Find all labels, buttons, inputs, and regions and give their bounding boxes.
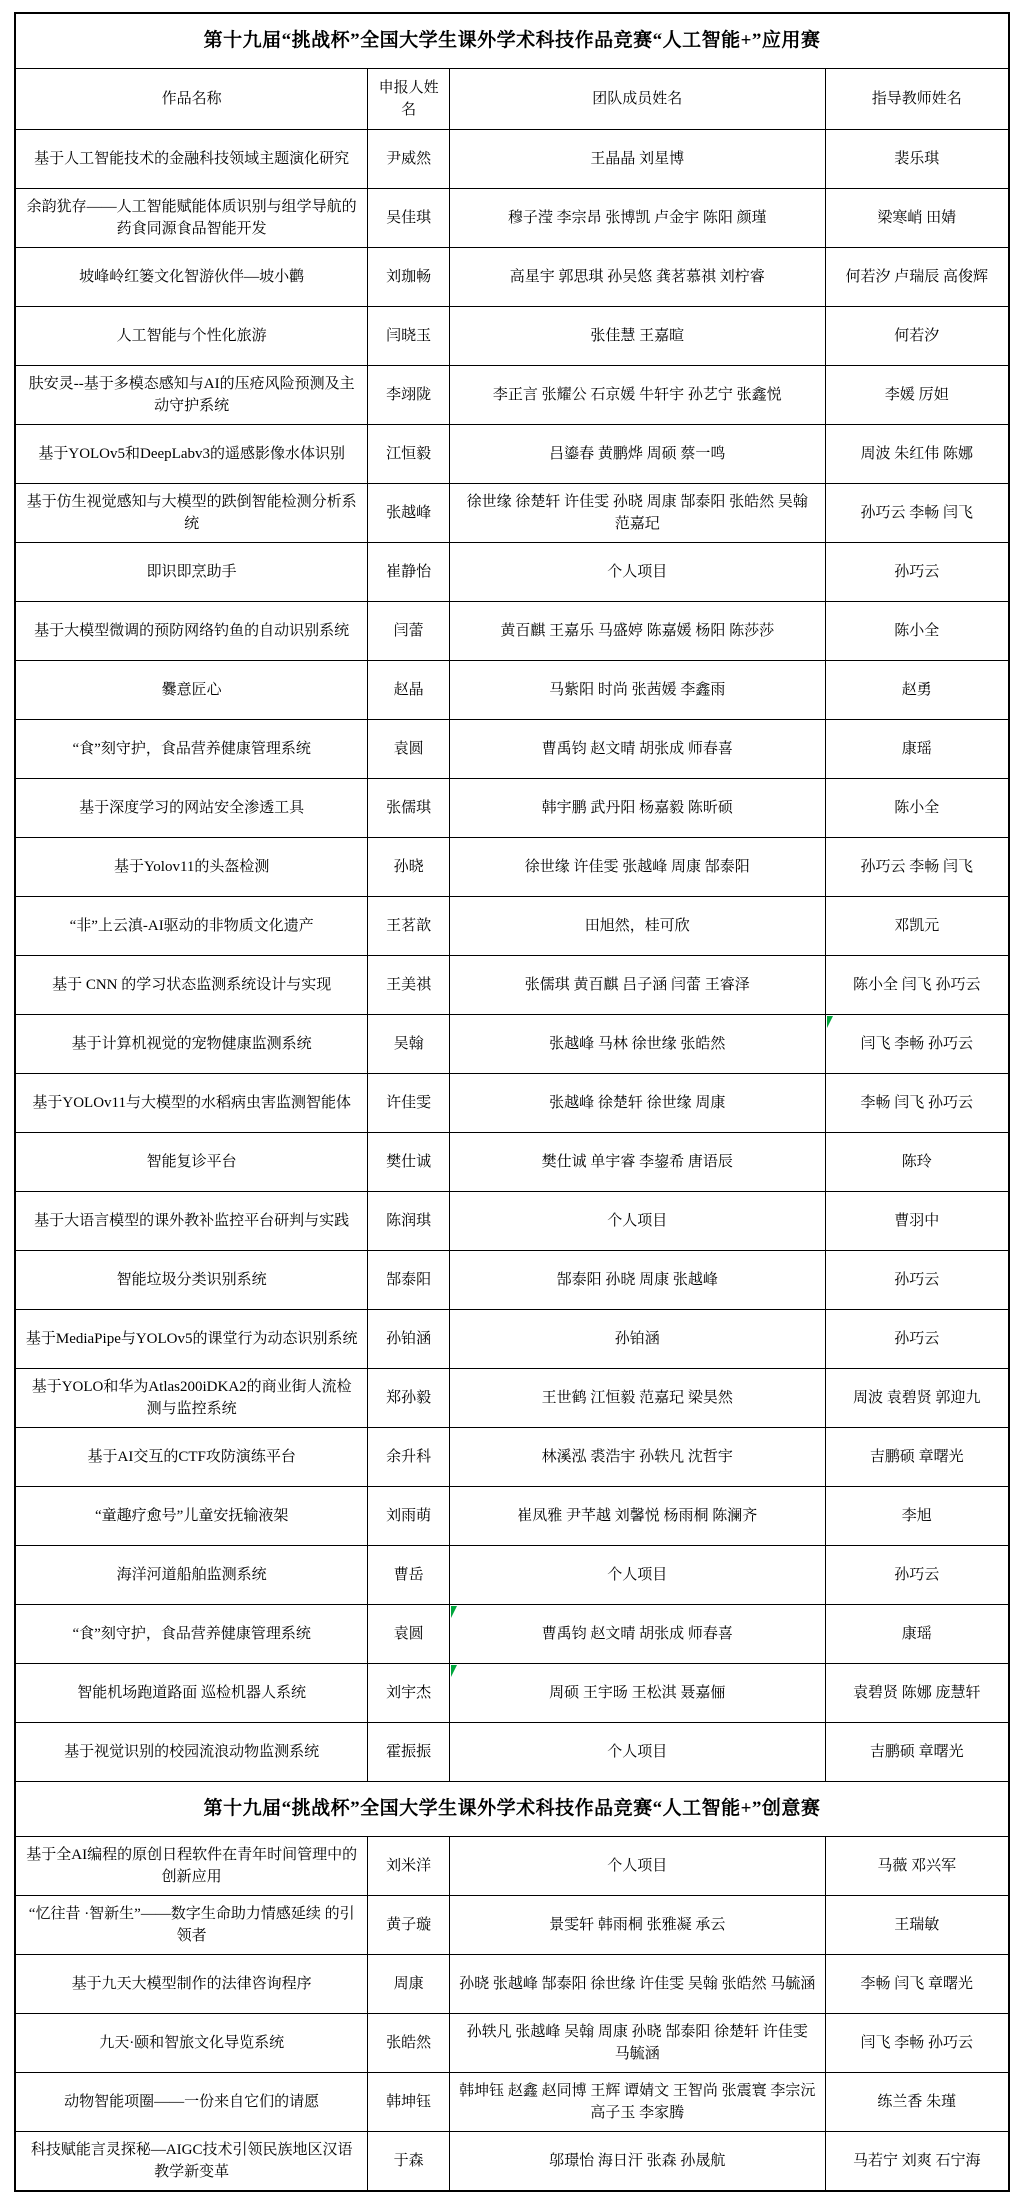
cell-team-members: 王世鹤 江恒毅 范嘉玘 梁昊然 xyxy=(449,1369,825,1428)
cell-team-members: 个人项目 xyxy=(449,1546,825,1605)
cell-work-name: 基于YOLOv5和DeepLabv3的遥感影像水体识别 xyxy=(15,425,368,484)
cell-advisor-names: 李畅 闫飞 章曙光 xyxy=(825,1955,1009,2014)
table-row: “食”刻守护，食品营养健康管理系统 袁圆 曹禹钧 赵文晴 胡张成 师春喜 康瑶 xyxy=(15,720,1009,779)
cell-work-name: 基于九天大模型制作的法律咨询程序 xyxy=(15,1955,368,2014)
cell-advisor-names: 陈小全 xyxy=(825,602,1009,661)
column-header-team-members: 团队成员姓名 xyxy=(449,69,825,130)
cell-advisor-names: 何若汐 xyxy=(825,307,1009,366)
cell-applicant-name: 闫蕾 xyxy=(368,602,450,661)
cell-advisor-names: 周波 朱红伟 陈娜 xyxy=(825,425,1009,484)
section-title: 第十九届“挑战杯”全国大学生课外学术科技作品竞赛“人工智能+”应用赛 xyxy=(15,13,1009,69)
cell-work-name: 基于全AI编程的原创日程软件在青年时间管理中的创新应用 xyxy=(15,1837,368,1896)
cell-work-name: 余韵犹存——人工智能赋能体质识别与组学导航的药食同源食品智能开发 xyxy=(15,189,368,248)
cell-advisor-names: 梁寒峭 田婧 xyxy=(825,189,1009,248)
cell-advisor-names: 闫飞 李畅 孙巧云 xyxy=(825,1015,1009,1074)
cell-applicant-name: 张皓然 xyxy=(368,2014,450,2073)
table-row: 人工智能与个性化旅游 闫晓玉 张佳慧 王嘉暄 何若汐 xyxy=(15,307,1009,366)
cell-work-name: 基于人工智能技术的金融科技领域主题演化研究 xyxy=(15,130,368,189)
cell-advisor-names: 孙巧云 xyxy=(825,1310,1009,1369)
table-row: 海洋河道船舶监测系统 曹岳 个人项目 孙巧云 xyxy=(15,1546,1009,1605)
table-row: 动物智能项圈——一份来自它们的请愿 韩坤钰 韩坤钰 赵鑫 赵同博 王辉 谭婧文 … xyxy=(15,2073,1009,2132)
table-row: “忆往昔 ·智新生”——数字生命助力情感延续 的引领者 黄子璇 景雯轩 韩雨桐 … xyxy=(15,1896,1009,1955)
cell-team-members: 孙轶凡 张越峰 吴翰 周康 孙晓 郜泰阳 徐楚轩 许佳雯 马毓涵 xyxy=(449,2014,825,2073)
cell-applicant-name: 陈润琪 xyxy=(368,1192,450,1251)
cell-work-name: 坡峰岭红篓文化智游伙伴—坡小鹳 xyxy=(15,248,368,307)
cell-applicant-name: 刘宇杰 xyxy=(368,1664,450,1723)
cell-advisor-names: 孙巧云 xyxy=(825,1546,1009,1605)
cell-applicant-name: 赵晶 xyxy=(368,661,450,720)
cell-advisor-names: 康瑶 xyxy=(825,1605,1009,1664)
document-page: 第十九届“挑战杯”全国大学生课外学术科技作品竞赛“人工智能+”应用赛 作品名称 … xyxy=(0,0,1024,2206)
cell-applicant-name: 余升科 xyxy=(368,1428,450,1487)
cell-team-members: 孙晓 张越峰 郜泰阳 徐世缘 许佳雯 吴翰 张皓然 马毓涵 xyxy=(449,1955,825,2014)
column-header-advisor-name: 指导教师姓名 xyxy=(825,69,1009,130)
cell-advisor-names: 吉鹏硕 章曙光 xyxy=(825,1723,1009,1782)
cell-team-members: 吕鎏春 黄鹏烨 周硕 蔡一鸣 xyxy=(449,425,825,484)
cell-work-name: 基于深度学习的网站安全渗透工具 xyxy=(15,779,368,838)
cell-applicant-name: 张越峰 xyxy=(368,484,450,543)
column-header-applicant-name: 申报人姓名 xyxy=(368,69,450,130)
table-row: 九天·颐和智旅文化导览系统 张皓然 孙轶凡 张越峰 吴翰 周康 孙晓 郜泰阳 徐… xyxy=(15,2014,1009,2073)
cell-team-members: 李正言 张耀公 石京媛 牛轩宇 孙艺宁 张鑫悦 xyxy=(449,366,825,425)
cell-work-name: 爨意匠心 xyxy=(15,661,368,720)
cell-work-name: 基于Yolov11的头盔检测 xyxy=(15,838,368,897)
table-row: 爨意匠心 赵晶 马紫阳 时尚 张茜媛 李鑫雨 赵勇 xyxy=(15,661,1009,720)
cell-advisor-names: 康瑶 xyxy=(825,720,1009,779)
cell-team-members: 徐世缘 徐楚轩 许佳雯 孙晓 周康 郜泰阳 张皓然 吴翰 范嘉玘 xyxy=(449,484,825,543)
cell-advisor-names: 周波 袁碧贤 郭迎九 xyxy=(825,1369,1009,1428)
cell-advisor-names: 何若汐 卢瑞辰 高俊辉 xyxy=(825,248,1009,307)
table-row: 坡峰岭红篓文化智游伙伴—坡小鹳 刘珈畅 高星宇 郭思琪 孙吴悠 龚茗慕祺 刘柠睿… xyxy=(15,248,1009,307)
cell-applicant-name: 吴翰 xyxy=(368,1015,450,1074)
cell-advisor-names: 王瑞敏 xyxy=(825,1896,1009,1955)
cell-flag-marker xyxy=(827,1016,833,1028)
cell-work-name: “食”刻守护，食品营养健康管理系统 xyxy=(15,720,368,779)
cell-work-name: 人工智能与个性化旅游 xyxy=(15,307,368,366)
table-row: 基于YOLOv11与大模型的水稻病虫害监测智能体 许佳雯 张越峰 徐楚轩 徐世缘… xyxy=(15,1074,1009,1133)
cell-applicant-name: 王美祺 xyxy=(368,956,450,1015)
cell-applicant-name: 郑孙毅 xyxy=(368,1369,450,1428)
cell-team-members: 个人项目 xyxy=(449,1837,825,1896)
cell-advisor-names: 裴乐琪 xyxy=(825,130,1009,189)
cell-team-members: 张越峰 徐楚轩 徐世缘 周康 xyxy=(449,1074,825,1133)
cell-team-members: 景雯轩 韩雨桐 张雅凝 承云 xyxy=(449,1896,825,1955)
cell-advisor-names: 闫飞 李畅 孙巧云 xyxy=(825,2014,1009,2073)
cell-team-members: 张佳慧 王嘉暄 xyxy=(449,307,825,366)
cell-advisor-names: 陈小全 闫飞 孙巧云 xyxy=(825,956,1009,1015)
cell-applicant-name: 韩坤钰 xyxy=(368,2073,450,2132)
table-row: “食”刻守护，食品营养健康管理系统 袁圆 曹禹钧 赵文晴 胡张成 师春喜 康瑶 xyxy=(15,1605,1009,1664)
cell-applicant-name: 袁圆 xyxy=(368,720,450,779)
cell-advisor-names: 吉鹏硕 章曙光 xyxy=(825,1428,1009,1487)
table-row: 基于九天大模型制作的法律咨询程序 周康 孙晓 张越峰 郜泰阳 徐世缘 许佳雯 吴… xyxy=(15,1955,1009,2014)
cell-team-members: 孙铂涵 xyxy=(449,1310,825,1369)
cell-team-members: 个人项目 xyxy=(449,1723,825,1782)
table-row: “非”上云滇-AI驱动的非物质文化遗产 王茗歆 田旭然，桂可欣 邓凯元 xyxy=(15,897,1009,956)
table-row: 肤安灵--基于多模态感知与AI的压疮风险预测及主动守护系统 李翊陇 李正言 张耀… xyxy=(15,366,1009,425)
table-row: 基于YOLOv5和DeepLabv3的遥感影像水体识别 江恒毅 吕鎏春 黄鹏烨 … xyxy=(15,425,1009,484)
cell-team-members: 个人项目 xyxy=(449,1192,825,1251)
cell-work-name: “童趣疗愈号”儿童安抚输液架 xyxy=(15,1487,368,1546)
cell-team-members: 郜泰阳 孙晓 周康 张越峰 xyxy=(449,1251,825,1310)
table-row: 基于大模型微调的预防网络钓鱼的自动识别系统 闫蕾 黄百麒 王嘉乐 马盛婷 陈嘉媛… xyxy=(15,602,1009,661)
cell-work-name: 智能复诊平台 xyxy=(15,1133,368,1192)
cell-advisor-names: 练兰香 朱瑾 xyxy=(825,2073,1009,2132)
table-row: 智能机场跑道路面 巡检机器人系统 刘宇杰 周硕 王宇旸 王松淇 聂嘉俪 袁碧贤 … xyxy=(15,1664,1009,1723)
cell-team-members: 个人项目 xyxy=(449,543,825,602)
cell-advisor-names: 马若宁 刘爽 石宁海 xyxy=(825,2132,1009,2192)
table-row: 基于 CNN 的学习状态监测系统设计与实现 王美祺 张儒琪 黄百麒 吕子涵 闫蕾… xyxy=(15,956,1009,1015)
cell-applicant-name: 黄子璇 xyxy=(368,1896,450,1955)
table-row: 基于YOLO和华为Atlas200iDKA2的商业街人流检测与监控系统 郑孙毅 … xyxy=(15,1369,1009,1428)
table-row: “童趣疗愈号”儿童安抚输液架 刘雨萌 崔凤雅 尹芊越 刘馨悦 杨雨桐 陈澜齐 李… xyxy=(15,1487,1009,1546)
cell-team-members: 崔凤雅 尹芊越 刘馨悦 杨雨桐 陈澜齐 xyxy=(449,1487,825,1546)
cell-work-name: 基于大模型微调的预防网络钓鱼的自动识别系统 xyxy=(15,602,368,661)
cell-advisor-names: 陈小全 xyxy=(825,779,1009,838)
cell-applicant-name: 曹岳 xyxy=(368,1546,450,1605)
cell-team-members: 曹禹钧 赵文晴 胡张成 师春喜 xyxy=(449,1605,825,1664)
cell-work-name: “非”上云滇-AI驱动的非物质文化遗产 xyxy=(15,897,368,956)
cell-work-name: 九天·颐和智旅文化导览系统 xyxy=(15,2014,368,2073)
table-row: 余韵犹存——人工智能赋能体质识别与组学导航的药食同源食品智能开发 吴佳琪 穆子滢… xyxy=(15,189,1009,248)
cell-flag-marker xyxy=(451,1606,457,1618)
cell-work-name: 智能机场跑道路面 巡检机器人系统 xyxy=(15,1664,368,1723)
cell-work-name: 基于计算机视觉的宠物健康监测系统 xyxy=(15,1015,368,1074)
cell-team-members: 徐世缘 许佳雯 张越峰 周康 郜泰阳 xyxy=(449,838,825,897)
cell-work-name: 动物智能项圈——一份来自它们的请愿 xyxy=(15,2073,368,2132)
cell-applicant-name: 王茗歆 xyxy=(368,897,450,956)
table-row: 基于MediaPipe与YOLOv5的课堂行为动态识别系统 孙铂涵 孙铂涵 孙巧… xyxy=(15,1310,1009,1369)
cell-work-name: “食”刻守护，食品营养健康管理系统 xyxy=(15,1605,368,1664)
column-header-work-name: 作品名称 xyxy=(15,69,368,130)
cell-team-members: 韩坤钰 赵鑫 赵同博 王辉 谭婧文 王智尚 张震寰 李宗沅 高子玉 李家腾 xyxy=(449,2073,825,2132)
cell-work-name: 基于YOLO和华为Atlas200iDKA2的商业街人流检测与监控系统 xyxy=(15,1369,368,1428)
cell-work-name: 基于 CNN 的学习状态监测系统设计与实现 xyxy=(15,956,368,1015)
cell-applicant-name: 刘雨萌 xyxy=(368,1487,450,1546)
cell-team-members: 穆子滢 李宗昂 张博凯 卢金宇 陈阳 颜瑾 xyxy=(449,189,825,248)
cell-team-members: 邬璟怡 海日汗 张森 孙晟航 xyxy=(449,2132,825,2192)
cell-applicant-name: 许佳雯 xyxy=(368,1074,450,1133)
cell-team-members: 樊仕诚 单宇睿 李鋆希 唐语辰 xyxy=(449,1133,825,1192)
section-title-row: 第十九届“挑战杯”全国大学生课外学术科技作品竞赛“人工智能+”创意赛 xyxy=(15,1782,1009,1837)
cell-applicant-name: 吴佳琪 xyxy=(368,189,450,248)
table-row: 基于AI交互的CTF攻防演练平台 余升科 林溪泓 裘浩宇 孙轶凡 沈哲宇 吉鹏硕… xyxy=(15,1428,1009,1487)
cell-applicant-name: 郜泰阳 xyxy=(368,1251,450,1310)
cell-applicant-name: 刘米洋 xyxy=(368,1837,450,1896)
cell-applicant-name: 尹威然 xyxy=(368,130,450,189)
competition-entries-table: 第十九届“挑战杯”全国大学生课外学术科技作品竞赛“人工智能+”应用赛 作品名称 … xyxy=(14,12,1010,2192)
table-row: 基于计算机视觉的宠物健康监测系统 吴翰 张越峰 马林 徐世缘 张皓然 闫飞 李畅… xyxy=(15,1015,1009,1074)
cell-team-members: 王晶晶 刘星博 xyxy=(449,130,825,189)
cell-applicant-name: 于森 xyxy=(368,2132,450,2192)
cell-advisor-names: 马薇 邓兴军 xyxy=(825,1837,1009,1896)
cell-applicant-name: 霍振振 xyxy=(368,1723,450,1782)
table-row: 基于全AI编程的原创日程软件在青年时间管理中的创新应用 刘米洋 个人项目 马薇 … xyxy=(15,1837,1009,1896)
table-row: 基于仿生视觉感知与大模型的跌倒智能检测分析系统 张越峰 徐世缘 徐楚轩 许佳雯 … xyxy=(15,484,1009,543)
cell-advisor-names: 孙巧云 xyxy=(825,1251,1009,1310)
cell-work-name: 基于MediaPipe与YOLOv5的课堂行为动态识别系统 xyxy=(15,1310,368,1369)
table-row: 即识即烹助手 崔静怡 个人项目 孙巧云 xyxy=(15,543,1009,602)
table-row: 科技赋能言灵探秘—AIGC技术引领民族地区汉语教学新变革 于森 邬璟怡 海日汗 … xyxy=(15,2132,1009,2192)
section-title: 第十九届“挑战杯”全国大学生课外学术科技作品竞赛“人工智能+”创意赛 xyxy=(15,1782,1009,1837)
cell-team-members: 张越峰 马林 徐世缘 张皓然 xyxy=(449,1015,825,1074)
cell-flag-marker xyxy=(451,1665,457,1677)
cell-applicant-name: 张儒琪 xyxy=(368,779,450,838)
cell-team-members: 韩宇鹏 武丹阳 杨嘉毅 陈昕硕 xyxy=(449,779,825,838)
section-title-row: 第十九届“挑战杯”全国大学生课外学术科技作品竞赛“人工智能+”应用赛 xyxy=(15,13,1009,69)
cell-advisor-names: 孙巧云 xyxy=(825,543,1009,602)
cell-advisor-names: 赵勇 xyxy=(825,661,1009,720)
cell-team-members: 周硕 王宇旸 王松淇 聂嘉俪 xyxy=(449,1664,825,1723)
cell-work-name: 智能垃圾分类识别系统 xyxy=(15,1251,368,1310)
cell-applicant-name: 崔静怡 xyxy=(368,543,450,602)
column-header-row: 作品名称 申报人姓名 团队成员姓名 指导教师姓名 xyxy=(15,69,1009,130)
cell-advisor-names: 袁碧贤 陈娜 庞慧轩 xyxy=(825,1664,1009,1723)
cell-team-members: 黄百麒 王嘉乐 马盛婷 陈嘉媛 杨阳 陈莎莎 xyxy=(449,602,825,661)
cell-applicant-name: 周康 xyxy=(368,1955,450,2014)
cell-applicant-name: 刘珈畅 xyxy=(368,248,450,307)
cell-team-members: 高星宇 郭思琪 孙吴悠 龚茗慕祺 刘柠睿 xyxy=(449,248,825,307)
cell-advisor-names: 孙巧云 李畅 闫飞 xyxy=(825,838,1009,897)
cell-team-members: 林溪泓 裘浩宇 孙轶凡 沈哲宇 xyxy=(449,1428,825,1487)
cell-team-members: 张儒琪 黄百麒 吕子涵 闫蕾 王睿泽 xyxy=(449,956,825,1015)
cell-applicant-name: 孙铂涵 xyxy=(368,1310,450,1369)
cell-advisor-names: 邓凯元 xyxy=(825,897,1009,956)
cell-advisor-names: 李旭 xyxy=(825,1487,1009,1546)
cell-work-name: 基于YOLOv11与大模型的水稻病虫害监测智能体 xyxy=(15,1074,368,1133)
cell-team-members: 曹禹钧 赵文晴 胡张成 师春喜 xyxy=(449,720,825,779)
cell-advisor-names: 李畅 闫飞 孙巧云 xyxy=(825,1074,1009,1133)
cell-work-name: 基于AI交互的CTF攻防演练平台 xyxy=(15,1428,368,1487)
cell-applicant-name: 闫晓玉 xyxy=(368,307,450,366)
cell-work-name: 海洋河道船舶监测系统 xyxy=(15,1546,368,1605)
cell-work-name: 基于大语言模型的课外教补监控平台研判与实践 xyxy=(15,1192,368,1251)
cell-applicant-name: 孙晓 xyxy=(368,838,450,897)
cell-applicant-name: 江恒毅 xyxy=(368,425,450,484)
table-row: 智能垃圾分类识别系统 郜泰阳 郜泰阳 孙晓 周康 张越峰 孙巧云 xyxy=(15,1251,1009,1310)
cell-work-name: 肤安灵--基于多模态感知与AI的压疮风险预测及主动守护系统 xyxy=(15,366,368,425)
table-row: 基于视觉识别的校园流浪动物监测系统 霍振振 个人项目 吉鹏硕 章曙光 xyxy=(15,1723,1009,1782)
cell-applicant-name: 袁圆 xyxy=(368,1605,450,1664)
table-body: 第十九届“挑战杯”全国大学生课外学术科技作品竞赛“人工智能+”应用赛 作品名称 … xyxy=(15,13,1009,2191)
cell-advisor-names: 孙巧云 李畅 闫飞 xyxy=(825,484,1009,543)
cell-applicant-name: 樊仕诚 xyxy=(368,1133,450,1192)
table-row: 基于人工智能技术的金融科技领域主题演化研究 尹威然 王晶晶 刘星博 裴乐琪 xyxy=(15,130,1009,189)
table-row: 基于深度学习的网站安全渗透工具 张儒琪 韩宇鹏 武丹阳 杨嘉毅 陈昕硕 陈小全 xyxy=(15,779,1009,838)
cell-applicant-name: 李翊陇 xyxy=(368,366,450,425)
cell-work-name: “忆往昔 ·智新生”——数字生命助力情感延续 的引领者 xyxy=(15,1896,368,1955)
cell-work-name: 即识即烹助手 xyxy=(15,543,368,602)
cell-advisor-names: 曹羽中 xyxy=(825,1192,1009,1251)
table-row: 基于Yolov11的头盔检测 孙晓 徐世缘 许佳雯 张越峰 周康 郜泰阳 孙巧云… xyxy=(15,838,1009,897)
table-row: 智能复诊平台 樊仕诚 樊仕诚 单宇睿 李鋆希 唐语辰 陈玲 xyxy=(15,1133,1009,1192)
cell-advisor-names: 李媛 厉妲 xyxy=(825,366,1009,425)
cell-work-name: 基于视觉识别的校园流浪动物监测系统 xyxy=(15,1723,368,1782)
table-row: 基于大语言模型的课外教补监控平台研判与实践 陈润琪 个人项目 曹羽中 xyxy=(15,1192,1009,1251)
cell-team-members: 田旭然，桂可欣 xyxy=(449,897,825,956)
cell-work-name: 科技赋能言灵探秘—AIGC技术引领民族地区汉语教学新变革 xyxy=(15,2132,368,2192)
cell-team-members: 马紫阳 时尚 张茜媛 李鑫雨 xyxy=(449,661,825,720)
cell-advisor-names: 陈玲 xyxy=(825,1133,1009,1192)
cell-work-name: 基于仿生视觉感知与大模型的跌倒智能检测分析系统 xyxy=(15,484,368,543)
